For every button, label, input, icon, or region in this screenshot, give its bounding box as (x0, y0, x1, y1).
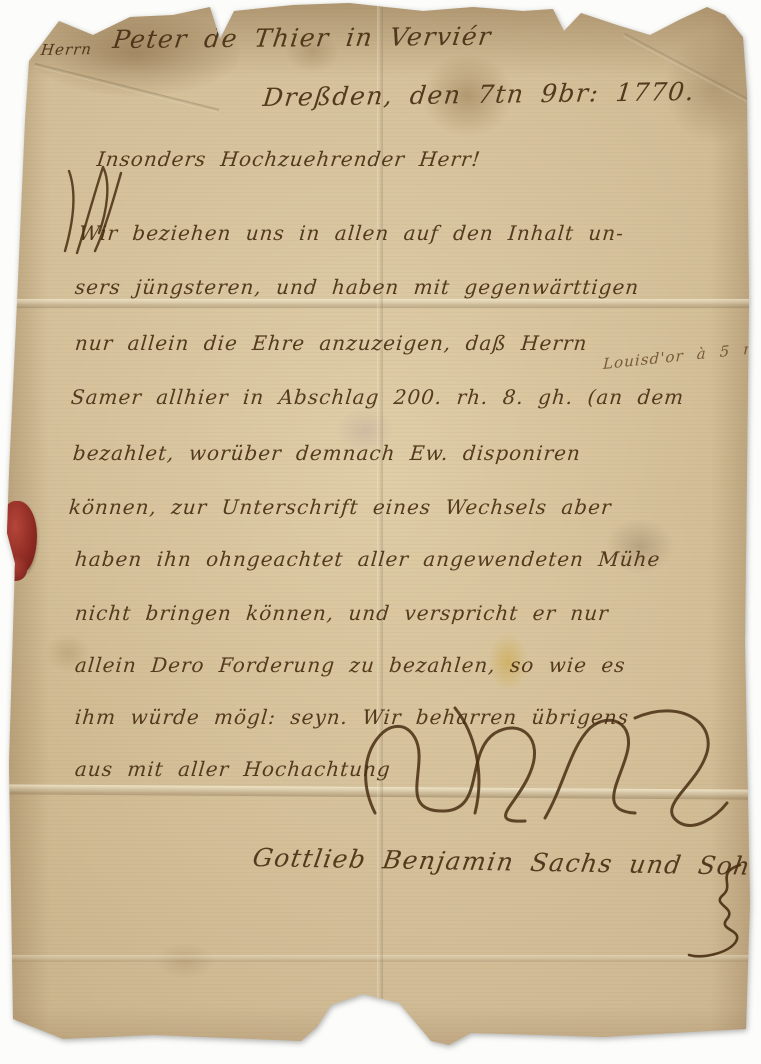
body-line: sers jüngsteren, und haben mit gegenwärt… (74, 275, 640, 299)
addressee-line: Peter de Thier in Verviér (111, 22, 494, 54)
date-line: Dreßden, den 7tn 9br: 1770. (261, 77, 696, 112)
body-line: können, zur Unterschrift eines Wechsels … (68, 495, 613, 519)
body-line: nur allein die Ehre anzuzeigen, daß Herr… (74, 331, 589, 355)
body-line: haben ihn ohngeachtet aller angewendeten… (74, 547, 662, 571)
body-line: nicht bringen können, und verspricht er … (74, 601, 610, 625)
salutation-line: Insonders Hochzuehrender Herr! (96, 147, 483, 171)
scanned-letter-page: Herrn Peter de Thier in Verviér Dreßden,… (0, 0, 761, 1064)
closing-line: aus mit aller Hochachtung (74, 757, 392, 781)
fold-crease-horizontal (5, 299, 755, 308)
interline-note: Louisd'or à 5 rh (603, 339, 761, 373)
signature-line: Gottlieb Benjamin Sachs und Sohn (251, 843, 761, 881)
fold-crease-horizontal (5, 784, 755, 799)
wax-seal-remnant (7, 555, 27, 581)
body-line: ihm würde mögl: seyn. Wir beharren übrig… (74, 705, 630, 729)
addressee-prefix: Herrn (40, 40, 93, 59)
body-line: allein Dero Forderung zu bezahlen, so wi… (74, 653, 627, 677)
stain (155, 943, 215, 979)
body-line: bezahlet, worüber demnach Ew. disponiren (72, 441, 582, 465)
fold-crease-horizontal (5, 955, 755, 962)
paper-sheet: Herrn Peter de Thier in Verviér Dreßden,… (5, 3, 755, 1061)
paper-sheet-wrap: Herrn Peter de Thier in Verviér Dreßden,… (5, 3, 755, 1061)
body-line: Wir beziehen uns in allen auf den Inhalt… (78, 221, 625, 245)
fold-crease-diagonal (34, 63, 219, 113)
body-line: Samer allhier in Abschlag 200. rh. 8. gh… (70, 385, 685, 409)
